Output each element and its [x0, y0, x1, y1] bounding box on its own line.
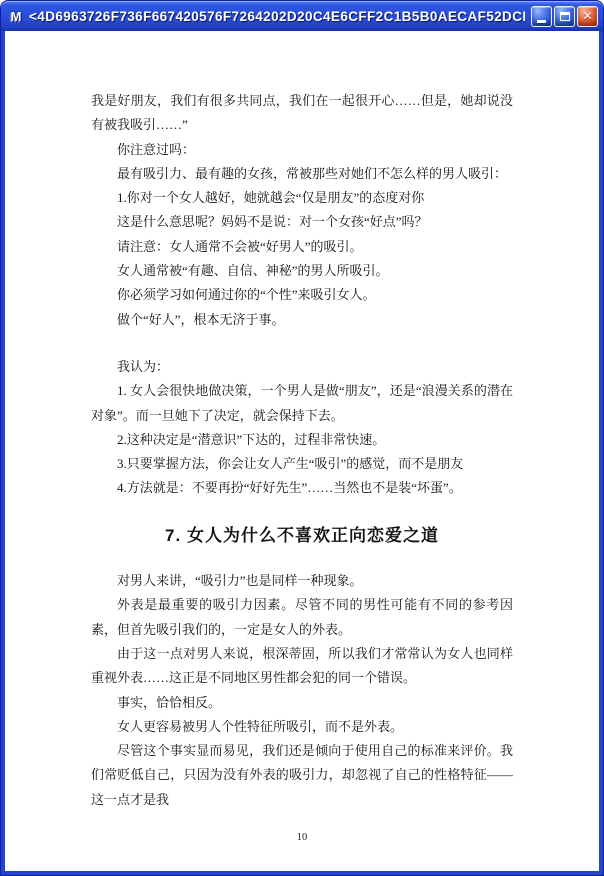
paragraph: 3.只要掌握方法，你会让女人产生“吸引”的感觉，而不是朋友 [91, 452, 513, 476]
paragraph: 你注意过吗： [91, 138, 513, 162]
paragraph: 4.方法就是：不要再扮“好好先生”……当然也不是装“坏蛋”。 [91, 476, 513, 500]
minimize-button[interactable] [531, 6, 552, 27]
app-icon: M [7, 8, 25, 25]
paragraph: 事实，恰恰相反。 [91, 691, 513, 715]
paragraph: 女人更容易被男人个性特征所吸引，而不是外表。 [91, 715, 513, 739]
maximize-button[interactable] [554, 6, 575, 27]
paragraph: 2.这种决定是“潜意识”下达的，过程非常快速。 [91, 428, 513, 452]
window-controls: ✕ [531, 6, 598, 27]
paragraph: 我认为： [91, 355, 513, 379]
document-viewport: 我是好朋友，我们有很多共同点，我们在一起很开心……但是，她却说没有被我吸引……”… [5, 31, 599, 871]
paragraph: 做个“好人”，根本无济于事。 [91, 308, 513, 332]
paragraph: 1. 女人会很快地做决策，一个男人是做“朋友”，还是“浪漫关系的潜在对象”。而一… [91, 379, 513, 428]
paragraph: 外表是最重要的吸引力因素。尽管不同的男性可能有不同的参考因素，但首先吸引我们的，… [91, 593, 513, 642]
application-window: M <4D6963726F736F667420576F7264202D20C4E… [0, 0, 604, 876]
maximize-icon [560, 12, 570, 21]
paragraph: 你必须学习如何通过你的“个性”来吸引女人。 [91, 283, 513, 307]
paragraph: 我是好朋友，我们有很多共同点，我们在一起很开心……但是，她却说没有被我吸引……” [91, 89, 513, 138]
titlebar[interactable]: M <4D6963726F736F667420576F7264202D20C4E… [1, 1, 603, 31]
close-button[interactable]: ✕ [577, 6, 598, 27]
paragraph: 由于这一点对男人来说，根深蒂固，所以我们才常常认为女人也同样重视外表……这正是不… [91, 642, 513, 691]
paragraph: 1.你对一个女人越好，她就越会“仅是朋友”的态度对你 [91, 186, 513, 210]
page-number: 10 [91, 826, 513, 850]
document-page: 我是好朋友，我们有很多共同点，我们在一起很开心……但是，她却说没有被我吸引……”… [91, 89, 513, 850]
paragraph: 女人通常被“有趣、自信、神秘”的男人所吸引。 [91, 259, 513, 283]
paragraph: 对男人来讲，“吸引力”也是同样一种现象。 [91, 569, 513, 593]
window-title: <4D6963726F736F667420576F7264202D20C4E6C… [29, 9, 525, 24]
paragraph: 最有吸引力、最有趣的女孩，常被那些对她们不怎么样的男人吸引： [91, 162, 513, 186]
minimize-icon [537, 20, 546, 23]
section-heading: 7. 女人为什么不喜欢正向恋爱之道 [91, 524, 513, 548]
close-icon: ✕ [582, 10, 592, 22]
paragraph: 这是什么意思呢？妈妈不是说：对一个女孩“好点”吗？ [91, 210, 513, 234]
paragraph: 尽管这个事实显而易见，我们还是倾向于使用自己的标准来评价。我们常贬低自己，只因为… [91, 739, 513, 812]
paragraph: 请注意：女人通常不会被“好男人”的吸引。 [91, 235, 513, 259]
